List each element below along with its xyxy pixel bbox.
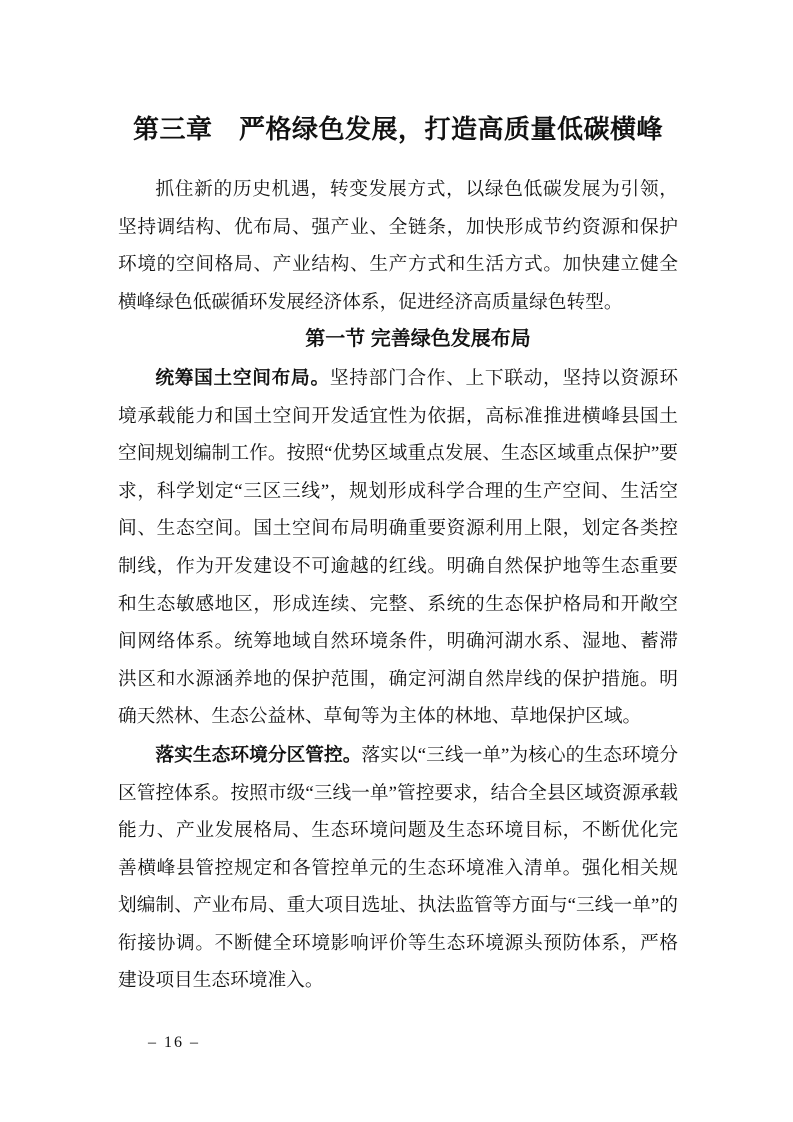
page-content: 第三章 严格绿色发展，打造高质量低碳横峰 抓住新的历史机遇，转变发展方式，以绿色… <box>118 0 678 1000</box>
paragraph-lead: 落实生态环境分区管控。 <box>155 744 361 765</box>
page-number: – 16 – <box>148 1032 200 1054</box>
paragraph-body: 落实以“三线一单”为核心的生态环境分区管控体系。按照市级“三线一单”管控要求，结… <box>118 745 678 992</box>
paragraph-lead: 统筹国土空间布局。 <box>155 367 329 388</box>
body-text: 抓住新的历史机遇，转变发展方式，以绿色低碳发展为引领，坚持调结构、优布局、强产业… <box>118 171 678 1000</box>
document-page: 第三章 严格绿色发展，打造高质量低碳横峰 抓住新的历史机遇，转变发展方式，以绿色… <box>0 0 793 1122</box>
intro-paragraph: 抓住新的历史机遇，转变发展方式，以绿色低碳发展为引领，坚持调结构、优布局、强产业… <box>118 171 678 321</box>
paragraph-land-spatial-layout: 统筹国土空间布局。坚持部门合作、上下联动，坚持以资源环境承载能力和国土空间开发适… <box>118 359 678 736</box>
paragraph-eco-zoning-control: 落实生态环境分区管控。落实以“三线一单”为核心的生态环境分区管控体系。按照市级“… <box>118 736 678 1000</box>
paragraph-body: 坚持部门合作、上下联动，坚持以资源环境承载能力和国土空间开发适宜性为依据，高标准… <box>118 368 678 727</box>
section-heading: 第一节 完善绿色发展布局 <box>118 321 678 359</box>
chapter-title: 第三章 严格绿色发展，打造高质量低碳横峰 <box>118 109 678 149</box>
